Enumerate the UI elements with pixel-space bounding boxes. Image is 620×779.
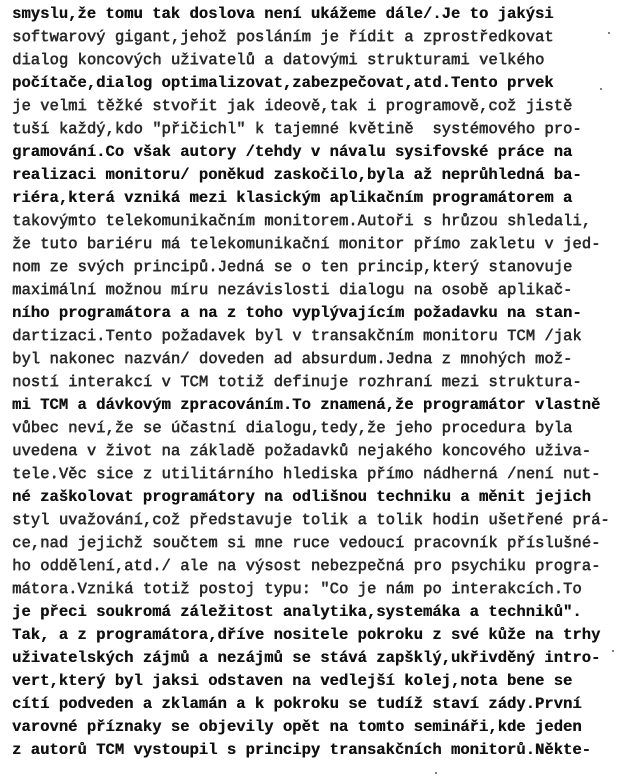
text-line: realizaci monitoru/ poněkud zaskočilo,by… [12,164,618,187]
text-line: že tuto bariéru má telekomunikační monit… [12,233,618,256]
text-line: je přeci soukromá záležitost analytika,s… [12,601,618,624]
text-line: ho oddělení,atd./ ale na výsost nebezpeč… [12,555,618,578]
text-line: ce,nad jejichž součtem si mne ruce vedou… [12,532,618,555]
text-line: maximální možnou míru nezávislosti dialo… [12,279,618,302]
text-line: styl uvažování,což představuje tolik a t… [12,509,618,532]
text-line: mi TCM a dávkovým zpracováním.To znamená… [12,394,618,417]
text-line: dialog koncových uživatelů a datovými st… [12,49,618,72]
text-line: mátora.Vzniká totiž postoj typu: "Co je … [12,578,618,601]
text-line: z autorů TCM vystoupil s principy transa… [12,739,618,762]
scan-speck [435,772,437,774]
text-line: cítí podveden a zklamán a k pokroku se t… [12,693,618,716]
text-line: tele.Věc sice z utilitárního hlediska př… [12,463,618,486]
text-line: tuší každý,kdo "přičichl" k tajemné květ… [12,118,618,141]
text-line: je velmi těžké stvořit jak ideově,tak i … [12,95,618,118]
scan-speck [612,650,614,652]
scan-speck [600,88,602,90]
text-line: ního programátora a na z toho vyplývajíc… [12,302,618,325]
text-line: byl nakonec nazván/ doveden ad absurdum.… [12,348,618,371]
text-line: nom ze svých principů.Jedná se o ten pri… [12,256,618,279]
text-line: ností interakcí v TCM totiž definuje roz… [12,371,618,394]
text-line: dartizaci.Tento požadavek byl v transakč… [12,325,618,348]
text-line: Tak, a z programátora,dříve nositele pok… [12,624,618,647]
text-line: né zaškolovat programátory na odlišnou t… [12,486,618,509]
text-line: varovné příznaky se objevily opět na tom… [12,716,618,739]
text-line: smyslu,že tomu tak doslova není ukážeme … [12,3,618,26]
text-line: uživatelských zájmů a nezájmů se stává z… [12,647,618,670]
text-line: vůbec neví,že se účastní dialogu,tedy,že… [12,417,618,440]
scan-speck [608,32,610,34]
text-line: takovýmto telekomunikačním monitorem.Aut… [12,210,618,233]
text-line: riéra,která vzniká mezi klasickým aplika… [12,187,618,210]
text-line: gramování.Co však autory /tehdy v návalu… [12,141,618,164]
text-line: vert,který byl jaksi odstaven na vedlejš… [12,670,618,693]
text-line: softwarový gigant,jehož posláním je řídi… [12,26,618,49]
text-line: počítače,dialog optimalizovat,zabezpečov… [12,72,618,95]
typewritten-page: smyslu,že tomu tak doslova není ukážeme … [12,3,618,762]
text-line: uvedena v život na základě požadavků nej… [12,440,618,463]
